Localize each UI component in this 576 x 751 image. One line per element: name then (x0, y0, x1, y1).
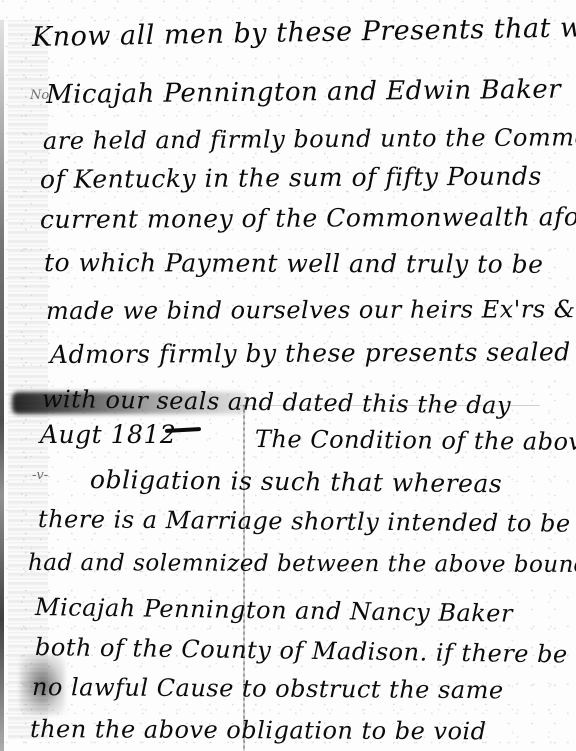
scanned-document-page: No -v- Know all men by these Presents th… (0, 0, 576, 751)
handwritten-line: had and solemnized between the above bou… (28, 550, 576, 578)
handwritten-line: Micajah Pennington and Nancy Baker (35, 593, 513, 628)
margin-mark: -v- (32, 468, 48, 483)
handwritten-line: Micajah Pennington and Edwin Baker (46, 75, 561, 110)
handwritten-line: Know all men by these Presents that we (32, 12, 576, 53)
handwritten-line: with our seals and dated this the day (42, 385, 511, 420)
ink-dash (165, 427, 201, 433)
handwritten-line: Admors firmly by these presents sealed (50, 337, 571, 369)
handwritten-line: made we bind ourselves our heirs Ex'rs & (46, 295, 576, 325)
handwritten-line: both of the County of Madison. if there … (35, 633, 568, 668)
handwritten-line: of Kentucky in the sum of fifty Pounds (40, 161, 542, 194)
handwritten-date: Augt 1812 (40, 420, 176, 449)
handwritten-line: obligation is such that whereas (90, 465, 502, 498)
handwritten-line: then the above obligation to be void (30, 715, 487, 745)
page-left-edge (0, 20, 4, 751)
handwritten-line: there is a Marriage shortly intended to … (38, 505, 571, 538)
handwritten-line: no lawful Cause to obstruct the same (32, 673, 504, 704)
handwritten-line: are held and firmly bound unto the Commo… (43, 122, 576, 155)
handwritten-line: to which Payment well and truly to be (44, 248, 544, 279)
handwritten-line: The Condition of the above (255, 425, 576, 456)
handwritten-line: current money of the Commonwealth afores… (40, 202, 576, 234)
